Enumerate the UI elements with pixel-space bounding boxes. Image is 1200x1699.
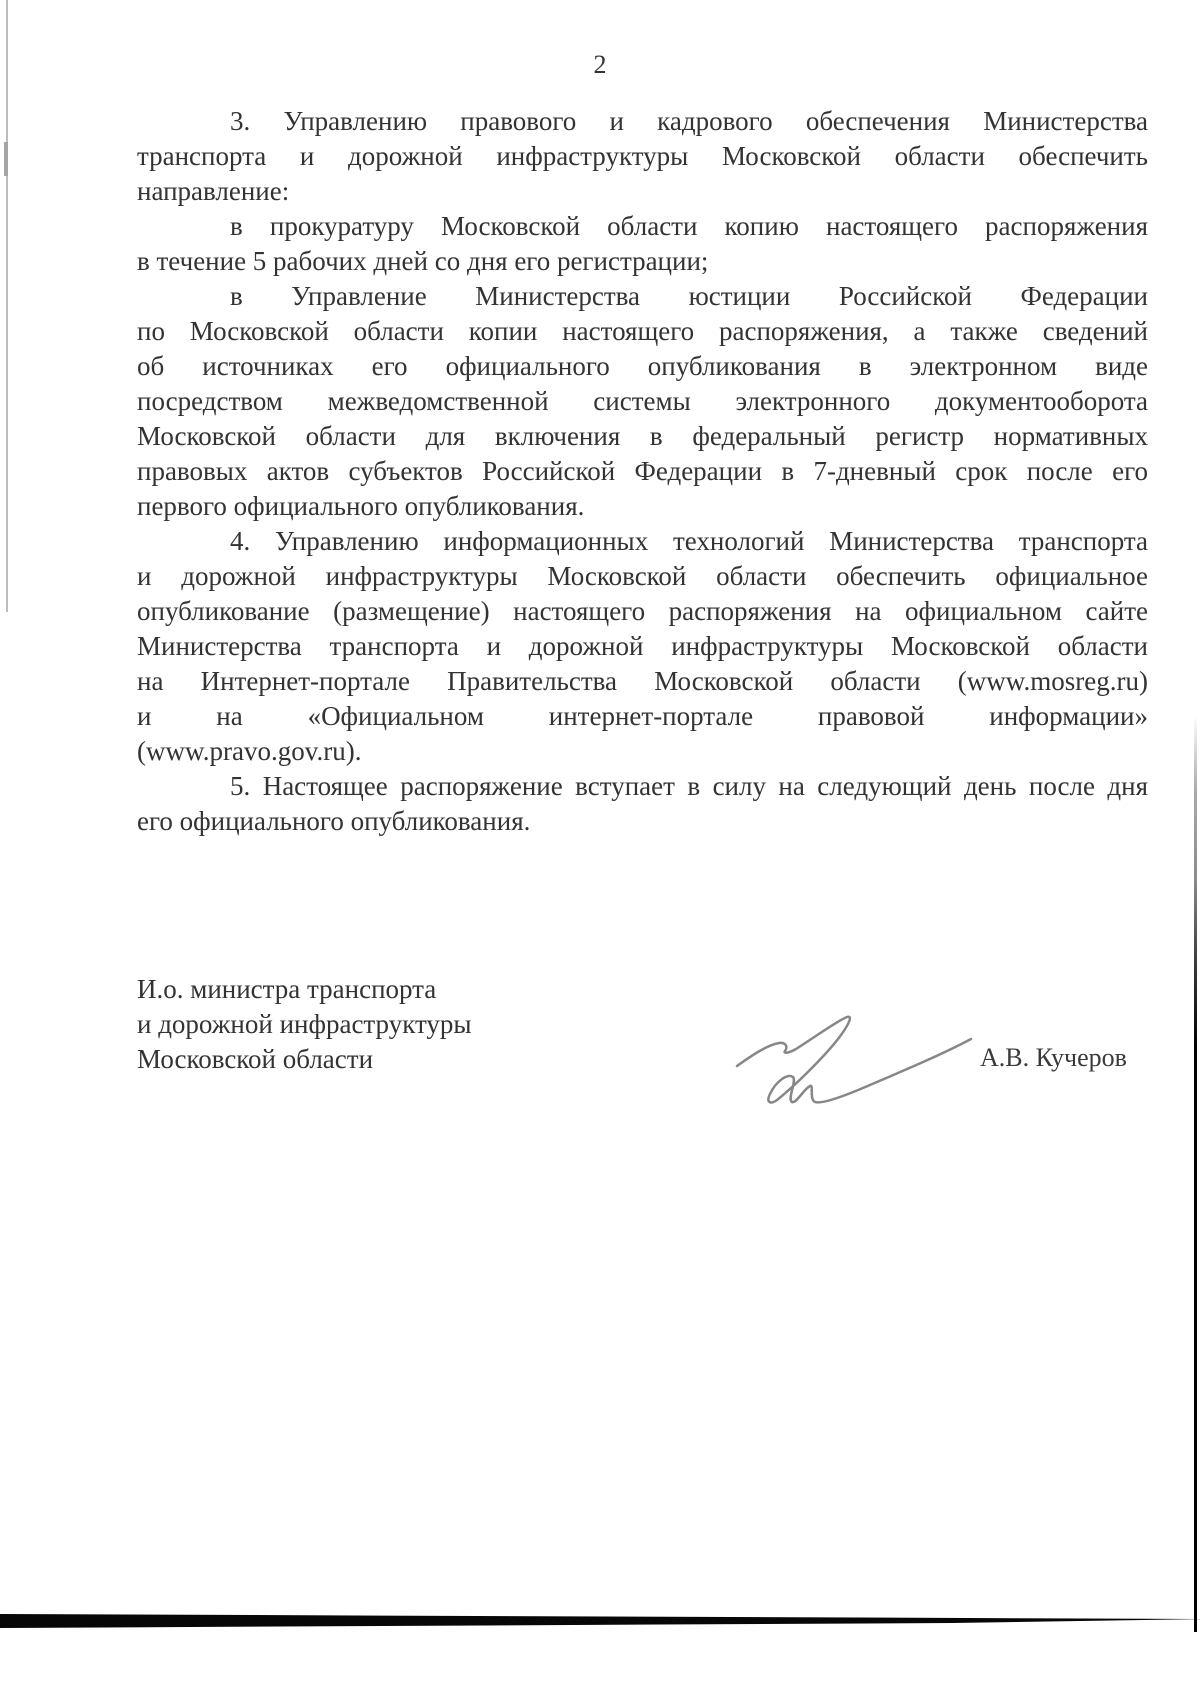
paragraph-item-3-sub-1: в прокуратуру Московской области копию н… bbox=[137, 209, 1148, 279]
signature-block: И.о. министра транспортаи дорожной инфра… bbox=[137, 972, 1148, 1142]
signer-position-line: И.о. министра транспорта bbox=[137, 972, 1148, 1007]
document-paragraphs: 3. Управлению правового и кадрового обес… bbox=[137, 104, 1148, 839]
text-line: 4. Управлению информационных технологий … bbox=[137, 524, 1148, 559]
text-line: в Управление Министерства юстиции Россий… bbox=[137, 279, 1148, 314]
scan-artifact-left-line bbox=[6, 0, 8, 612]
scan-artifact-left-bump bbox=[4, 142, 8, 176]
paragraph-item-4: 4. Управлению информационных технологий … bbox=[137, 524, 1148, 769]
text-line: в течение 5 рабочих дней со дня его реги… bbox=[137, 244, 1148, 279]
text-line: опубликование (размещение) настоящего ра… bbox=[137, 594, 1148, 629]
text-line: в прокуратуру Московской области копию н… bbox=[137, 209, 1148, 244]
signer-name: А.В. Кучеров bbox=[980, 1040, 1127, 1075]
text-line: направление: bbox=[137, 174, 1148, 209]
text-line: первого официального опубликования. bbox=[137, 489, 1148, 524]
text-line: и дорожной инфраструктуры Московской обл… bbox=[137, 559, 1148, 594]
handwritten-signature bbox=[735, 1014, 975, 1106]
text-line: и на «Официальном интернет-портале право… bbox=[137, 699, 1148, 734]
text-line: 5. Настоящее распоряжение вступает в сил… bbox=[137, 769, 1148, 804]
paragraph-item-3-sub-2: в Управление Министерства юстиции Россий… bbox=[137, 279, 1148, 524]
text-line: 3. Управлению правового и кадрового обес… bbox=[137, 104, 1148, 139]
scan-artifact-right-line bbox=[1194, 716, 1197, 1632]
text-line: на Интернет-портале Правительства Москов… bbox=[137, 664, 1148, 699]
text-line: (www.pravo.gov.ru). bbox=[137, 734, 1148, 769]
text-line: по Московской области копии настоящего р… bbox=[137, 314, 1148, 349]
paragraph-item-5: 5. Настоящее распоряжение вступает в сил… bbox=[137, 769, 1148, 839]
scanned-document-page: 2 3. Управлению правового и кадрового об… bbox=[0, 0, 1200, 1699]
paragraph-item-3: 3. Управлению правового и кадрового обес… bbox=[137, 104, 1148, 209]
page-number: 2 bbox=[0, 50, 1200, 80]
text-line: транспорта и дорожной инфраструктуры Мос… bbox=[137, 139, 1148, 174]
text-line: посредством межведомственной системы эле… bbox=[137, 384, 1148, 419]
text-line: его официального опубликования. bbox=[137, 804, 1148, 839]
text-line: об источниках его официального опубликов… bbox=[137, 349, 1148, 384]
scan-artifact-bottom-bar bbox=[0, 1612, 1200, 1632]
text-line: Министерства транспорта и дорожной инфра… bbox=[137, 629, 1148, 664]
text-line: Московской области для включения в федер… bbox=[137, 419, 1148, 454]
signer-position-line: и дорожной инфраструктуры bbox=[137, 1007, 1148, 1042]
text-line: правовых актов субъектов Российской Феде… bbox=[137, 454, 1148, 489]
